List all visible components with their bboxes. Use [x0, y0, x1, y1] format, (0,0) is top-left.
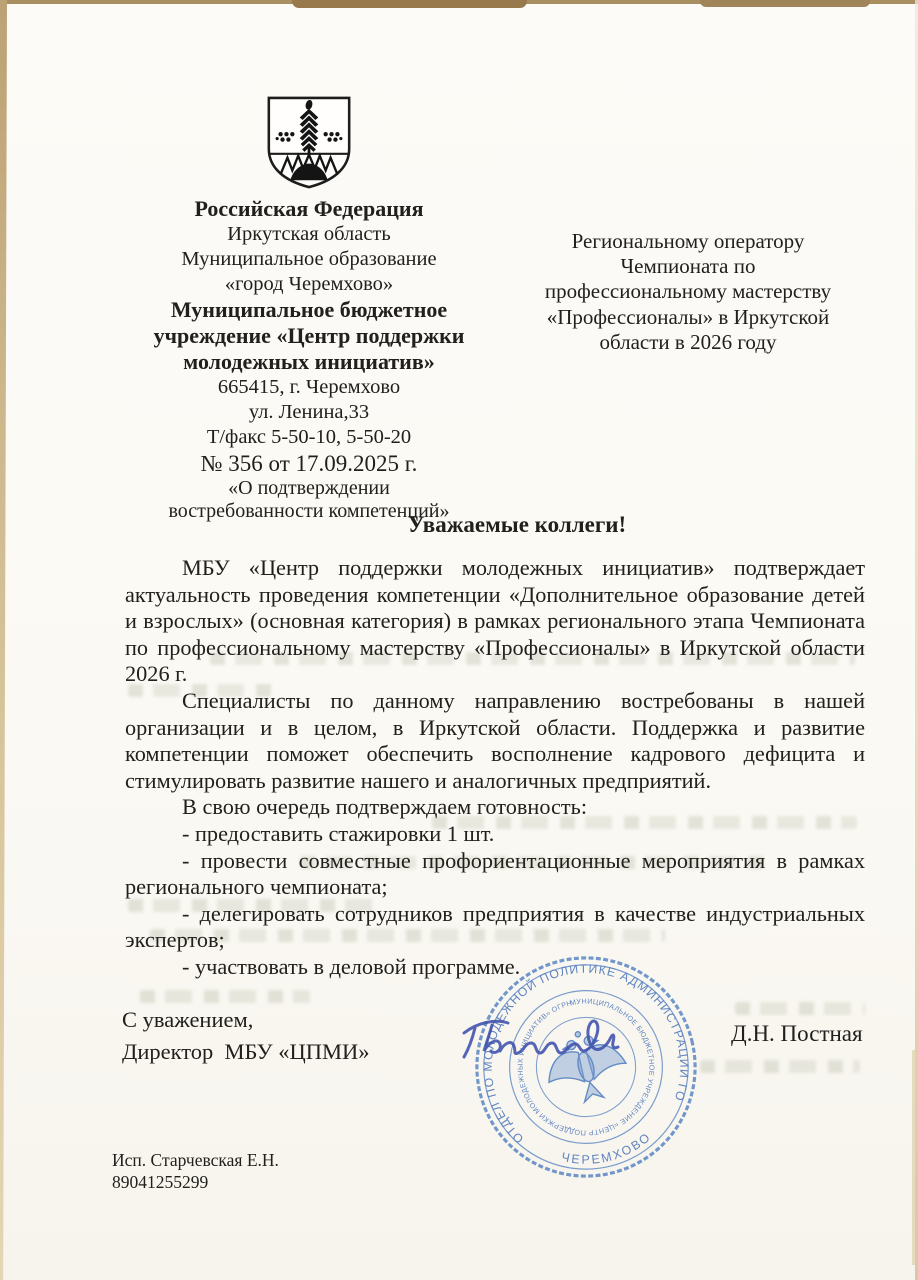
paragraph: МБУ «Центр поддержки молодежных инициати…	[125, 555, 865, 688]
addressee-block: Региональному оператору Чемпионата по пр…	[518, 229, 858, 355]
list-item: - провести совместные профориентационные…	[125, 848, 865, 901]
executor-name: Исп. Старчевская Е.Н.	[112, 1150, 279, 1172]
coat-of-arms-emblem	[253, 94, 365, 192]
bleed-through-artifact	[735, 1002, 865, 1015]
addressee-line: области в 2026 году	[518, 330, 858, 355]
list-item: - делегировать сотрудников предприятия в…	[125, 901, 865, 954]
signatory-name: Д.Н. Постная	[731, 1021, 863, 1047]
letterhead-line: Муниципальное образование	[133, 247, 485, 272]
letterhead: Российская Федерация Иркутская область М…	[133, 94, 485, 523]
letterhead-line: 665415, г. Черемхово	[133, 375, 485, 400]
signature-closing: С уважением,	[122, 1004, 370, 1036]
letterhead-line: Российская Федерация	[133, 196, 485, 222]
letterhead-line: молодежных инициатив»	[133, 349, 485, 375]
signature-block: С уважением,Директор МБУ «ЦПМИ»	[122, 1004, 370, 1067]
salutation: Уважаемые коллеги!	[125, 512, 865, 538]
addressee-line: Чемпионата по	[518, 254, 858, 279]
addressee-line: Региональному оператору	[518, 229, 858, 254]
letterhead-line: учреждение «Центр поддержки	[133, 323, 485, 349]
letter-subject: «О подтверждении	[133, 477, 485, 500]
letterhead-line: Иркутская область	[133, 222, 485, 247]
letter-number-date: № 356 от 17.09.2025 г.	[133, 450, 485, 477]
paragraph: Специалисты по данному направлению востр…	[125, 688, 865, 794]
readiness-intro: В свою очередь подтверждаем готовность:	[125, 794, 865, 821]
letterhead-line: ул. Ленина,33	[133, 400, 485, 425]
scan-edge-right-line	[912, 1050, 915, 1265]
addressee-line: «Профессионалы» в Иркутской	[518, 305, 858, 330]
list-item: - предоставить стажировки 1 шт.	[125, 821, 865, 848]
document-page: Российская Федерация Иркутская область М…	[0, 0, 918, 1280]
letterhead-line: Т/факс 5-50-10, 5-50-20	[133, 425, 485, 450]
executor-phone: 89041255299	[112, 1172, 279, 1194]
scan-edge-left	[0, 0, 7, 1280]
scan-edge-top	[0, 0, 918, 4]
letter-body: Уважаемые коллеги! МБУ «Центр поддержки …	[125, 512, 865, 981]
letterhead-line: Муниципальное бюджетное	[133, 297, 485, 323]
bleed-through-artifact	[700, 1060, 860, 1073]
bleed-through-artifact	[140, 990, 310, 1003]
signature-title: Директор МБУ «ЦПМИ»	[122, 1036, 370, 1068]
addressee-line: профессиональному мастерству	[518, 279, 858, 304]
executor-block: Исп. Старчевская Е.Н.89041255299	[112, 1150, 279, 1193]
letterhead-line: «город Черемхово»	[133, 272, 485, 297]
signature-autograph	[458, 1006, 643, 1076]
